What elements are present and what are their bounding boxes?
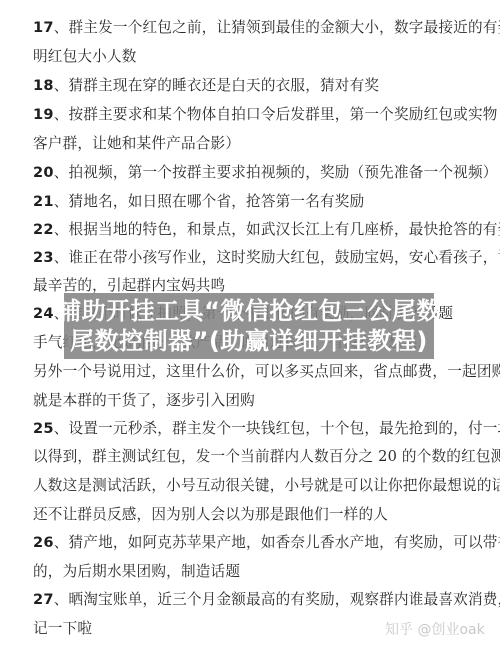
item-number: 17 (33, 19, 54, 36)
document-line: 18、猜群主现在穿的睡衣还是白天的衣服，猜对有奖 (33, 76, 478, 96)
document-line: 就是本群的干货了，逐步引入团购 (33, 391, 478, 411)
item-number: 20 (33, 164, 54, 181)
overlay-title-line-1: 辅助开挂工具“微信抢红包三公尾数 (57, 296, 441, 326)
document-line: 还不让群员反感，因为别人会以为那是跟他们一样的人 (33, 505, 478, 525)
line-text: 、根据当地的特色，和景点，如武汉长江上有几座桥，最快抢答的有奖励 (54, 221, 500, 238)
overlay-title-line-2: 尾数控制器”(助赢详细开挂教程) (70, 326, 428, 356)
line-text: 、按群主要求和某个物体自拍口令后发群里，第一个奖励红包或实物（如你的 (54, 106, 500, 123)
document-line: 25、设置一元秒杀，群主发个一块钱红包，十个包，最先抢到的，付一块钱就可 (33, 419, 478, 439)
item-number: 22 (33, 221, 54, 238)
item-number: 18 (33, 77, 54, 94)
document-line: 21、猜地名，如日照在哪个省，抢答第一名有奖励 (33, 192, 478, 212)
line-text: 记一下啦 (33, 620, 92, 637)
item-number: 23 (33, 249, 54, 266)
line-text: 、谁正在带小孩写作业，这时奖励大红包，鼓励宝妈，安心看孩子，说宝妈是 (54, 249, 500, 266)
title-overlay-banner: 辅助开挂工具“微信抢红包三公尾数 尾数控制器”(助赢详细开挂教程) (64, 293, 434, 359)
document-line: 人数这是测试活跃，小号互动很关键，小号就是可以让你把你最想说的话说出来， (33, 476, 478, 496)
line-text: 的，为后期水果团购，制造话题 (33, 563, 240, 580)
document-line: 17、群主发一个红包之前，让猜领到最佳的金额大小，数字最接近的有奖励，说 (33, 18, 478, 38)
line-text: 客户群，让她和某件产品合影） (33, 135, 240, 152)
item-number: 21 (33, 193, 54, 210)
line-text: 最辛苦的，引起群内宝妈共鸣 (33, 277, 225, 294)
document-line: 22、根据当地的特色，和景点，如武汉长江上有几座桥，最快抢答的有奖励 (33, 220, 478, 240)
item-number: 27 (33, 591, 54, 608)
line-text: 、设置一元秒杀，群主发个一块钱红包，十个包，最先抢到的，付一块钱就可 (54, 420, 500, 437)
document-line: 以得到，群主测试红包，发一个当前群内人数百分之 20 的个数的红包测试在线 (33, 447, 478, 467)
document-line: 明红包大小人数 (33, 47, 478, 67)
line-text: 另外一个号说用过，这里什么价，可以多买点回来，省点邮费，一起团购，这时 (33, 363, 500, 380)
document-line: 20、拍视频，第一个按群主要求拍视频的，奖励（预先准备一个视频） (33, 163, 478, 183)
document-line: 客户群，让她和某件产品合影） (33, 134, 478, 154)
document-line: 23、谁正在带小孩写作业，这时奖励大红包，鼓励宝妈，安心看孩子，说宝妈是 (33, 248, 478, 268)
line-text: 、猜产地，如阿克苏苹果产地，如香奈儿香水产地，有奖励，可以带有目的性 (54, 534, 500, 551)
line-text: 人数这是测试活跃，小号互动很关键，小号就是可以让你把你最想说的话说出来， (33, 477, 500, 494)
zhihu-watermark: 知乎 @创业oak (385, 619, 485, 639)
item-number: 24 (33, 305, 54, 322)
line-text: 、拍视频，第一个按群主要求拍视频的，奖励（预先准备一个视频） (54, 164, 498, 181)
document-line: 26、猜产地，如阿克苏苹果产地，如香奈儿香水产地，有奖励，可以带有目的性 (33, 533, 478, 553)
document-line: 27、晒淘宝账单，近三个月金额最高的有奖励，观察群内谁最喜欢消费，可以标 (33, 590, 478, 610)
document-line: 另外一个号说用过，这里什么价，可以多买点回来，省点邮费，一起团购，这时 (33, 362, 478, 382)
line-text: 明红包大小人数 (33, 48, 137, 65)
line-text: 、群主发一个红包之前，让猜领到最佳的金额大小，数字最接近的有奖励，说 (54, 19, 500, 36)
document-line: 19、按群主要求和某个物体自拍口令后发群里，第一个奖励红包或实物（如你的 (33, 105, 478, 125)
line-text: 、猜群主现在穿的睡衣还是白天的衣服，猜对有奖 (54, 77, 379, 94)
item-number: 26 (33, 534, 54, 551)
item-number: 19 (33, 106, 54, 123)
line-text: 、猜地名，如日照在哪个省，抢答第一名有奖励 (54, 193, 365, 210)
line-text: 、晒淘宝账单，近三个月金额最高的有奖励，观察群内谁最喜欢消费，可以标 (54, 591, 500, 608)
item-number: 25 (33, 420, 54, 437)
line-text: 就是本群的干货了，逐步引入团购 (33, 392, 255, 409)
line-text: 以得到，群主测试红包，发一个当前群内人数百分之 20 的个数的红包测试在线 (33, 448, 500, 465)
document-line: 的，为后期水果团购，制造话题 (33, 562, 478, 582)
line-text: 还不让群员反感，因为别人会以为那是跟他们一样的人 (33, 506, 388, 523)
